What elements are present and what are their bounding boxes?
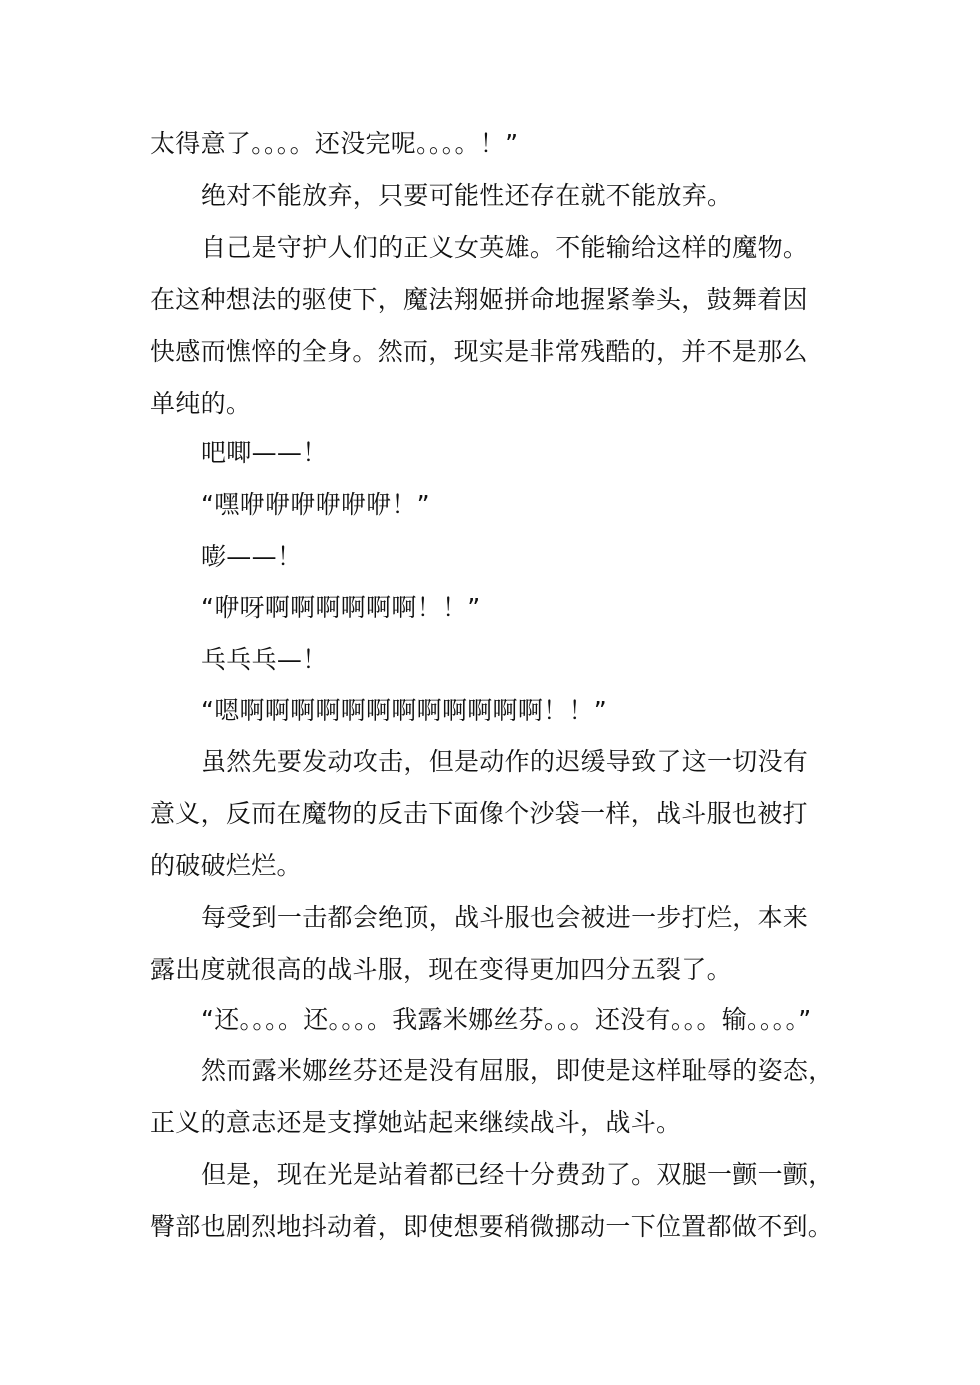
- text-line: “嗯啊啊啊啊啊啊啊啊啊啊啊啊！！”: [201, 695, 607, 727]
- text-line: 但是，现在光是站着都已经十分费劲了。双腿一颤一颤，: [201, 1159, 834, 1191]
- text-line: 快感而憔悴的全身。然而，现实是非常残酷的，并不是那么: [150, 336, 808, 368]
- text-line: 正义的意志还是支撑她站起来继续战斗，战斗。: [150, 1107, 681, 1139]
- document-page: 太得意了。。。。还没完呢。。。。！” 绝对不能放弃，只要可能性还存在就不能放弃。…: [0, 0, 980, 1385]
- text-line: 然而露米娜丝芬还是没有屈服，即使是这样耻辱的姿态，: [201, 1055, 834, 1087]
- text-line: 的破破烂烂。: [150, 850, 302, 882]
- text-line: “还。。。。还。。。。我露米娜丝芬。。。还没有。。。输。。。。”: [201, 1004, 812, 1036]
- text-line: 臀部也剧烈地抖动着，即使想要稍微挪动一下位置都做不到。: [150, 1211, 833, 1243]
- text-line: 自己是守护人们的正义女英雄。不能输给这样的魔物。: [201, 232, 808, 264]
- text-line: 吧唧——！: [201, 437, 328, 469]
- text-line: “咿呀啊啊啊啊啊啊！！”: [201, 592, 481, 624]
- text-line: “嘿咿咿咿咿咿咿！”: [201, 489, 430, 521]
- text-line: 乓乓乓—！: [201, 644, 328, 676]
- text-line: 虽然先要发动攻击，但是动作的迟缓导致了这一切没有: [201, 746, 808, 778]
- text-line: 绝对不能放弃，只要可能性还存在就不能放弃。: [201, 180, 732, 212]
- text-line: 露出度就很高的战斗服，现在变得更加四分五裂了。: [150, 954, 732, 986]
- text-line: 嘭——！: [201, 541, 302, 573]
- text-line: 在这种想法的驱使下，魔法翔姬拼命地握紧拳头，鼓舞着因: [150, 284, 808, 316]
- text-line: 每受到一击都会绝顶，战斗服也会被进一步打烂，本来: [201, 902, 808, 934]
- text-line: 单纯的。: [150, 388, 251, 420]
- text-line: 太得意了。。。。还没完呢。。。。！”: [150, 128, 518, 160]
- text-line: 意义，反而在魔物的反击下面像个沙袋一样，战斗服也被打: [150, 798, 808, 830]
